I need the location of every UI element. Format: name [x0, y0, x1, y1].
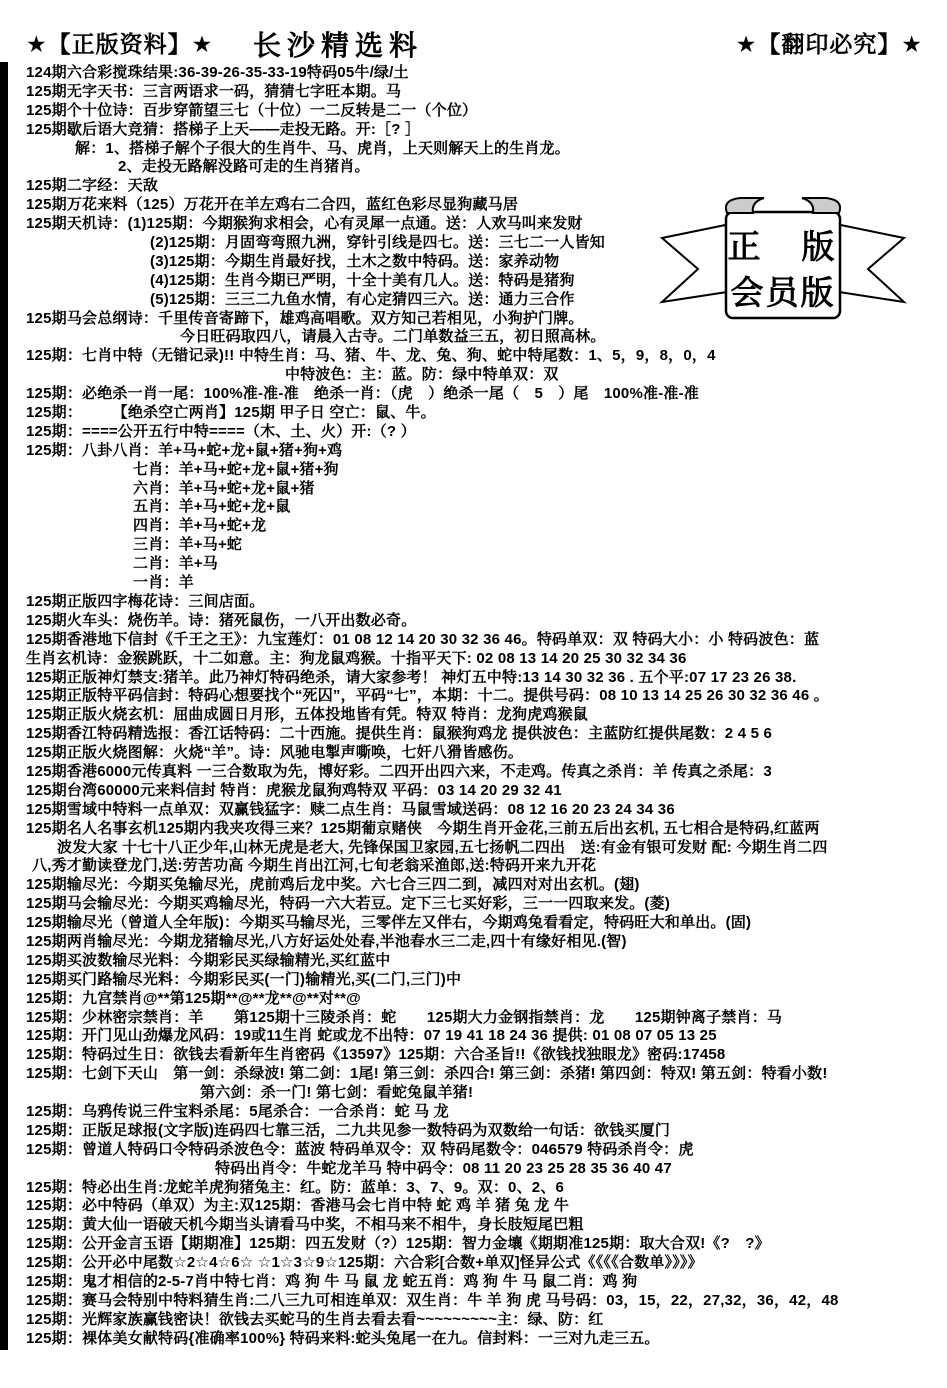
doc-line: 波发大家 十七十八正少年,山林无虎是老大, 先锋保国卫家园,五七扬帆二四出 送:…	[0, 839, 947, 858]
doc-line: 125期马会输尽光：今期买鸡输尽光，特码一六大若豆。定下三七买好彩，三一一四取来…	[0, 895, 947, 914]
doc-line: 125期：七肖中特（无错记录)!! 中特生肖：马、猪、牛、龙、兔、狗、蛇中特尾数…	[0, 347, 947, 366]
doc-line: 解：1、搭梯子解个子很大的生肖牛、马、虎肖，上天则解天上的生肖龙。	[0, 140, 947, 159]
doc-line: 125期：七剑下天山 第一剑：杀绿波! 第二剑：1尾! 第三剑：杀四合! 第三剑…	[0, 1065, 947, 1084]
doc-line: 125期名人名事玄机125期内我夹攻得三来？125期葡京赌侠 今期生肖开金花,三…	[0, 820, 947, 839]
doc-line: 第六剑：杀一门! 第七剑：看蛇兔鼠羊猪!	[0, 1084, 947, 1103]
doc-line: 125期：鬼才相信的2-5-7肖中特七肖：鸡 狗 牛 马 鼠 龙 蛇五肖：鸡 狗…	[0, 1273, 947, 1292]
doc-line: 125期：裸体美女献特码{准确率100%} 特码来料:蛇头兔尾一在九。信封料：一…	[0, 1330, 947, 1349]
doc-line: 125期：公开必中尾数☆2☆4☆6☆ ☆1☆3☆9☆125期：六合彩[合数+单双…	[0, 1254, 947, 1273]
doc-line: 125期正版火烧图解：火烧“羊”。诗：风驰电掣声嘶唤，七奸八猾皆感伤。	[0, 744, 947, 763]
doc-line: 125期正版神灯禁支:猪羊。此乃神灯特码绝杀，请大家参考！ 神灯五中特:13 1…	[0, 669, 947, 688]
doc-line: 125期输尽光：今期买兔输尽光，虎前鸡后龙中奖。六七合三四二到，减四对对出玄机。…	[0, 876, 947, 895]
doc-line: 125期：开门见山劲爆龙风码：19或11生肖 蛇或龙不出特：07 19 41 1…	[0, 1027, 947, 1046]
scroll-banner-graphic: 正 版 会员版	[648, 192, 918, 324]
doc-line: 六肖：羊+马+蛇+龙+鼠+猪	[0, 480, 947, 499]
doc-line: 125期：八卦八肖：羊+马+蛇+龙+鼠+猪+狗+鸡	[0, 442, 947, 461]
doc-line: 七肖：羊+马+蛇+龙+鼠+猪+狗	[0, 461, 947, 480]
doc-line: 今日旺码取四八，请晨入古寺。二门单数益三五，初日照高林。	[0, 328, 947, 347]
doc-line: 125期正版火烧玄机：屈曲成圆日月形，五体投地皆有凭。特双 特肖：龙狗虎鸡猴鼠	[0, 706, 947, 725]
doc-line: 八,秀才勤读登龙门,送:劳苦功高 今期生肖出江河,七旬老翁采渔郎,送:特码开来九…	[0, 857, 947, 876]
doc-line: 125期：少林密宗禁肖：羊 第125期十三陵杀肖：蛇 125期大力金钢指禁肖：龙…	[0, 1009, 947, 1028]
doc-line: 125期台湾60000元来料信封 特肖：虎猴龙鼠狗鸡特双 平码：03 14 20…	[0, 782, 947, 801]
doc-line: 125期：光辉家族赢钱密诀！欲钱去买蛇马的生肖去看去看~~~~~~~~~主：绿、…	[0, 1311, 947, 1330]
doc-line: 五肖：羊+马+蛇+龙+鼠	[0, 498, 947, 517]
doc-line: 125期：乌鸦传说三件宝料杀尾：5尾杀合：一合杀肖：蛇 马 龙	[0, 1103, 947, 1122]
doc-line: 125期歇后语大竞猜：搭梯子上天——走投无路。开:［? ］	[0, 121, 947, 140]
doc-line: 125期买门路输尽光料：今期彩民买(一门)输精光,买(二门,三门)中	[0, 971, 947, 990]
doc-line: 125期：曾道人特码口令特码杀波色令：蓝波 特码单双令：双 特码尾数令：0465…	[0, 1141, 947, 1160]
doc-line: 125期两肖输尽光：今期龙猪输尽光,八方好运处处春,半池春水三二走,四十有缘好相…	[0, 933, 947, 952]
doc-line: 生肖玄机诗：金猴跳跃，十二如意。主：狗龙鼠鸡猴。十指平天下: 02 08 13 …	[0, 650, 947, 669]
doc-line: 125期：必绝杀一肖一尾：100%准-准-准 绝杀一肖：（虎 ）绝杀一尾（ 5 …	[0, 385, 947, 404]
doc-line: 125期：赛马会特别中特料猜生肖:二八三九可相连单双：双生肖：牛 羊 狗 虎 马…	[0, 1292, 947, 1311]
doc-line: 125期：公开金言玉语【期期准】125期：四五发财（?）125期：智力金壤《期期…	[0, 1235, 947, 1254]
doc-line: 125期个十位诗：百步穿箭望三七（十位）一二反转是二一（个位）	[0, 102, 947, 121]
doc-line: 2、走投无路解没路可走的生肖猪肖。	[0, 158, 947, 177]
doc-line: 125期：黄大仙一语破天机今期当头请看马中奖，不相马来不相牛，身长肢短尾巴粗	[0, 1216, 947, 1235]
doc-line: 125期香江特码精选报：香江话特码：二十西施。提供生肖：鼠猴狗鸡龙 提供波色：主…	[0, 725, 947, 744]
doc-line: 125期香港6000元传真料 一三合数取为先，博好彩。二四开出四六来，不走鸡。传…	[0, 763, 947, 782]
doc-line: 125期：九宫禁肖@**第125期**@**龙**@**对**@	[0, 990, 947, 1009]
doc-line: 125期雪域中特料一点单双：双赢钱猛字：赎二点生肖：马鼠雪域送码：08 12 1…	[0, 801, 947, 820]
doc-line: 125期正版四字梅花诗：三间店面。	[0, 593, 947, 612]
doc-line: 124期六合彩搅珠结果:36-39-26-35-33-19特码05牛/绿/土	[0, 64, 947, 83]
doc-line: 125期买波数输尽光料：今期彩民买绿输精光,买红蓝中	[0, 952, 947, 971]
header-right-label: ★【翻印必究】★	[736, 26, 923, 59]
page-header: ★【正版资料】★ 长沙精选料 ★【翻印必究】★	[0, 24, 947, 60]
page-title: 长沙精选料	[253, 24, 423, 64]
tip-sheet-page: ★【正版资料】★ 长沙精选料 ★【翻印必究】★ 124期六合彩搅珠结果:36-3…	[0, 0, 947, 1388]
doc-line: 125期输尽光（曾道人全年版)：今期买马输尽光，三零伴左又伴右，今期鸡兔看看定，…	[0, 914, 947, 933]
doc-line: 125期无字天书：三言两语求一码，猜猜七字旺本期。马	[0, 83, 947, 102]
doc-line: 四肖：羊+马+蛇+龙	[0, 517, 947, 536]
authenticity-scroll-banner: 正 版 会员版	[648, 192, 918, 324]
header-left-label: ★【正版资料】★	[26, 26, 213, 59]
doc-line: 三肖：羊+马+蛇	[0, 536, 947, 555]
doc-line: 125期：====公开五行中特====（木、土、火）开:（? ）	[0, 423, 947, 442]
doc-line: 125期火车头：烧伤羊。诗：猪死鼠伤，一八开出数必奇。	[0, 612, 947, 631]
doc-line: 特码出肖令：牛蛇龙羊马 特中码令：08 11 20 23 25 28 35 36…	[0, 1160, 947, 1179]
doc-line: 125期：正版足球报(文字版)连码四七靠三活，二九共见参一数特码为双数给一句话：…	[0, 1122, 947, 1141]
doc-line: 125期：特必出生肖:龙蛇羊虎狗猪兔主：红。防：蓝单：3、7、9。双：0、2、6	[0, 1179, 947, 1198]
doc-line: 中特波色：主：蓝。防：绿中特单双：双	[0, 366, 947, 385]
doc-line: 125期：必中特码（单双）为主:双125期：香港马会七肖中特 蛇 鸡 羊 猪 兔…	[0, 1197, 947, 1216]
doc-line: 125期香港地下信封《千王之王》：九宝莲灯：01 08 12 14 20 30 …	[0, 631, 947, 650]
doc-line: 一肖：羊	[0, 574, 947, 593]
doc-line: 125期正版特平码信封：特码心想要找个“死囚”，平码“七”，本期：十二。提供号码…	[0, 687, 947, 706]
doc-line: 125期： 【绝杀空亡两肖】125期 甲子日 空亡：鼠、牛。	[0, 404, 947, 423]
doc-line: 二肖：羊+马	[0, 555, 947, 574]
banner-text-line1: 正 版	[728, 229, 839, 266]
doc-line: 125期：特码过生日：欲钱去看新年生肖密码《13597》125期：六合圣旨!!《…	[0, 1046, 947, 1065]
banner-text-line2: 会员版	[731, 275, 836, 312]
